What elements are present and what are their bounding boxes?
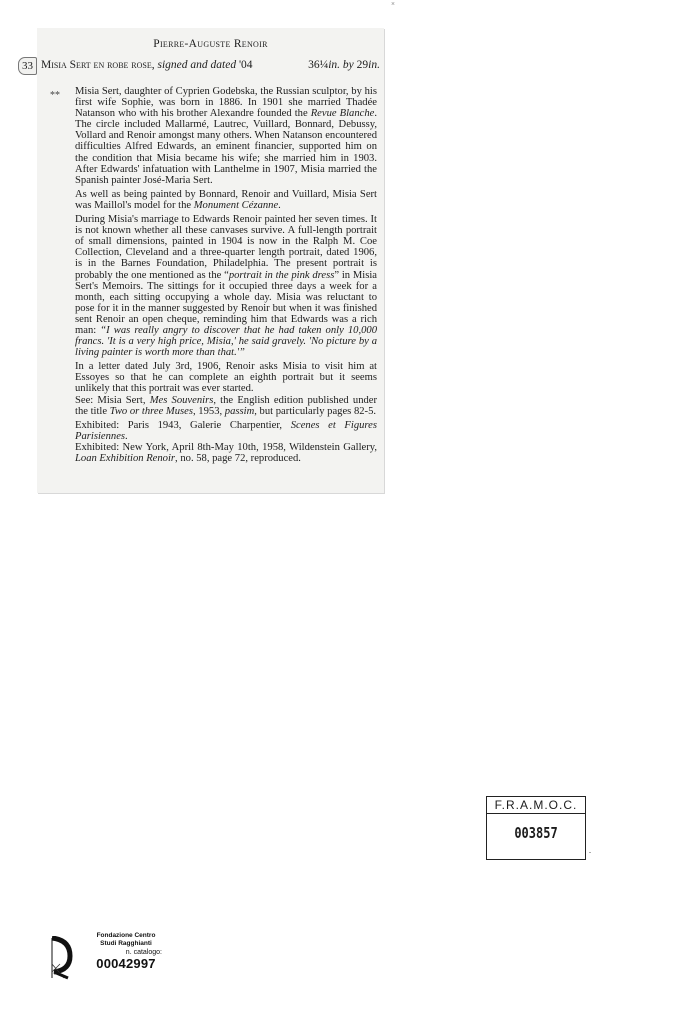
text-run-italic: Revue Blanche [311,108,375,119]
paragraph-literature: See: Misia Sert, Mes Souvenirs, the Engl… [75,395,377,417]
painting-title: Misia Sert en robe rose, [41,59,155,71]
paragraph-portraits: During Misia's marriage to Edwards Renoi… [75,214,377,358]
text-run: . [278,200,281,211]
paragraph-biography: Misia Sert, daughter of Cyprien Godebska… [75,86,377,186]
stars-mark: ** [50,92,60,99]
foundation-name-1: Fondazione Centro [86,932,166,940]
stamp-number: 003857 [497,824,575,842]
title-note: signed and dated [158,59,237,71]
lot-essay: Misia Sert, daughter of Cyprien Godebska… [75,86,377,464]
artist-heading: Pierre-Auguste Renoir [37,38,384,50]
paragraph-exhibited-new-york: Exhibited: New York, April 8th-May 10th,… [75,442,377,464]
text-run: . [125,431,128,442]
lot-title-row: 33 Misia Sert en robe rose, signed and d… [17,59,384,75]
catalog-number: 00042997 [86,957,166,971]
lot-number: 33 [18,57,37,75]
paragraph-models: As well as being painted by Bonnard, Ren… [75,189,377,211]
stamp-dot: . [589,846,591,855]
text-run: See: Misia Sert, [75,395,150,406]
text-run: , 1953, [193,406,225,417]
catalogue-clipping: Pierre-Auguste Renoir 33 Misia Sert en r… [37,28,384,493]
foundation-name-2: Studi Ragghianti [86,940,166,948]
dim-value-2: 29 [357,59,369,71]
dim-unit-1: in. by [328,59,354,71]
dim-value-1: 36¼ [308,59,328,71]
dimensions: 36¼in. by 29in. [308,59,380,71]
text-run-italic: Loan Exhibition Renoir [75,453,175,464]
text-run-italic: Mes Souvenirs [150,395,214,406]
dim-unit-2: in. [368,59,380,71]
ragghianti-logo-icon [48,936,74,980]
text-run-italic: passim [225,406,254,417]
text-run: Exhibited: New York, April 8th-May 10th,… [75,442,377,453]
text-run-italic: portrait in the pink dress [229,270,335,281]
text-run-italic: Two or three Muses [110,406,193,417]
painting-date: '04 [239,59,253,71]
foundation-label: Fondazione Centro Studi Ragghianti n. ca… [48,928,168,984]
paragraph-letter: In a letter dated July 3rd, 1906, Renoir… [75,361,377,394]
text-run: Exhibited: Paris 1943, Galerie Charpenti… [75,420,291,431]
lot-title: Misia Sert en robe rose, signed and date… [41,59,253,71]
foundation-text: Fondazione Centro Studi Ragghianti n. ca… [86,932,166,971]
stamp-header: F.R.A.M.O.C. [487,797,585,814]
corner-mark: × [391,0,395,8]
paragraph-exhibited-paris: Exhibited: Paris 1943, Galerie Charpenti… [75,420,377,442]
text-run: , but particularly pages 82-5. [254,406,376,417]
text-run-italic: Monument Cézanne [194,200,278,211]
text-run: , no. 58, page 72, reproduced. [175,453,301,464]
text-run-italic: “I was really angry to discover that he … [75,325,377,358]
framoc-stamp: F.R.A.M.O.C. 003857 [486,796,586,860]
text-run: . The circle included Mallarmé, Lautrec,… [75,108,377,186]
